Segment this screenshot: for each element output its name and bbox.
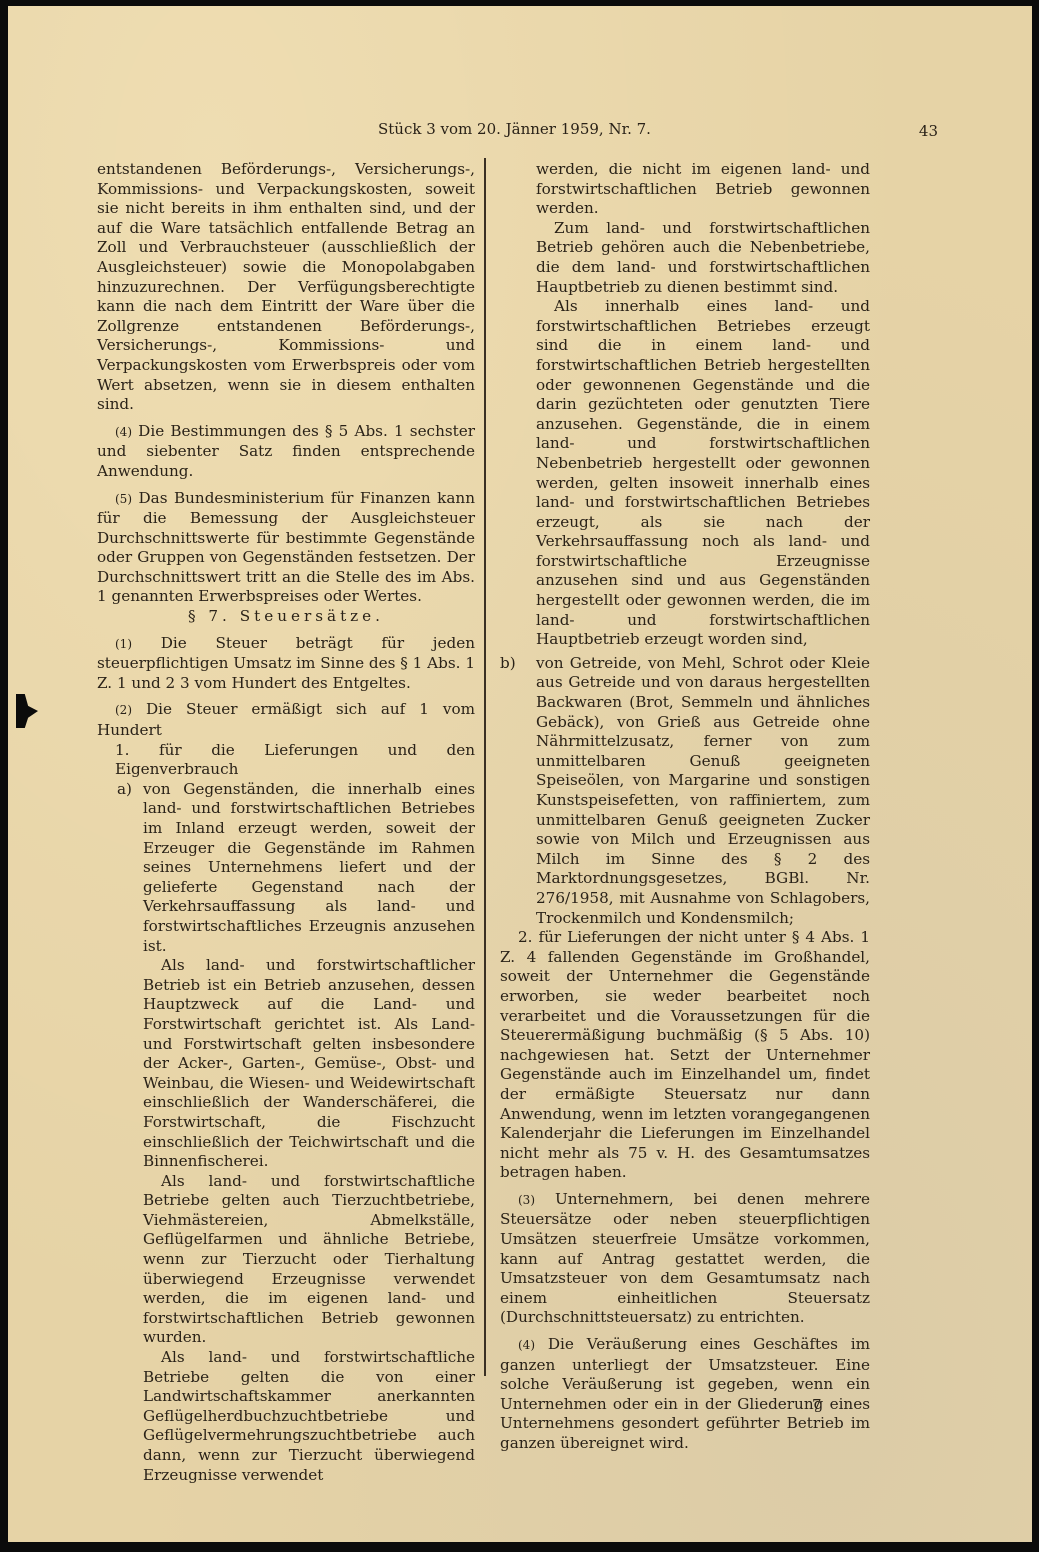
list-item-text: von Getreide, von Mehl, Schrot oder Klei… — [536, 654, 870, 928]
paragraph-number: (4) — [115, 425, 132, 439]
list-item-continuation: werden, die nicht im eigenen land- und f… — [536, 160, 870, 219]
list-item-subparagraph: Als innerhalb eines land- und forstwirts… — [536, 297, 870, 650]
list-item-text: von Gegenständen, die innerhalb eines la… — [143, 780, 475, 956]
paragraph-text: Die Steuer beträgt für jeden steuerpflic… — [97, 634, 475, 692]
list-item-b: b) von Getreide, von Mehl, Schrot oder K… — [500, 654, 870, 928]
list-marker: b) — [500, 654, 536, 928]
paragraph-s2: (2) Die Steuer ermäßigt sich auf 1 vom H… — [97, 700, 475, 740]
paragraph-abs-4: (4) Die Bestimmungen des § 5 Abs. 1 sech… — [97, 422, 475, 482]
paragraph-number: (1) — [115, 637, 132, 651]
left-column: entstandenen Beförderungs-, Versicherung… — [97, 160, 475, 1485]
list-item-a: a) von Gegenständen, die innerhalb eines… — [97, 780, 475, 1485]
list-marker: a) — [117, 780, 143, 1485]
paragraph-s3: (3) Unternehmern, bei denen mehrere Steu… — [500, 1190, 870, 1328]
list-item-subparagraph: Zum land- und forstwirtschaftlichen Betr… — [536, 219, 870, 297]
gazette-issue-title: Stück 3 vom 20. Jänner 1959, Nr. 7. — [378, 120, 651, 138]
paragraph-text: Die Veräußerung eines Geschäftes im ganz… — [500, 1335, 870, 1452]
paragraph-s1: (1) Die Steuer beträgt für jeden steuerp… — [97, 634, 475, 694]
paragraph-number: (4) — [518, 1338, 535, 1352]
page-tear-notch — [16, 694, 38, 728]
paragraph-number: (3) — [518, 1193, 535, 1207]
paragraph-number: (2) — [115, 703, 132, 717]
signature-mark: 7 — [812, 1396, 822, 1414]
paragraph-number: (5) — [115, 492, 132, 506]
list-item-2: 2. für Lieferungen der nicht unter § 4 A… — [500, 928, 870, 1183]
paragraph-text: Die Bestimmungen des § 5 Abs. 1 sechster… — [97, 422, 475, 480]
section-heading: § 7. Steuersätze. — [97, 607, 475, 627]
paragraph-continuation: entstandenen Beförderungs-, Versicherung… — [97, 160, 475, 415]
paragraph-abs-5: (5) Das Bundesministerium für Finanzen k… — [97, 489, 475, 608]
paragraph-text: Die Steuer ermäßigt sich auf 1 vom Hunde… — [97, 700, 475, 739]
list-item-subparagraph: Als land- und forstwirtschaftlicher Betr… — [143, 956, 475, 1172]
right-column: werden, die nicht im eigenen land- und f… — [536, 160, 870, 1454]
list-item-subparagraph: Als land- und forstwirtschaftliche Betri… — [143, 1348, 475, 1485]
page-number: 43 — [919, 122, 938, 140]
paragraph-text: Das Bundesministerium für Finanzen kann … — [97, 489, 475, 606]
list-item-subparagraph: Als land- und forstwirtschaftliche Betri… — [143, 1172, 475, 1348]
list-item-1: 1. für die Lieferungen und den Eigenverb… — [97, 741, 475, 780]
paragraph-text: Unternehmern, bei denen mehrere Steuersä… — [500, 1190, 870, 1327]
column-divider — [484, 158, 486, 1376]
paragraph-s4: (4) Die Veräußerung eines Geschäftes im … — [500, 1335, 870, 1454]
